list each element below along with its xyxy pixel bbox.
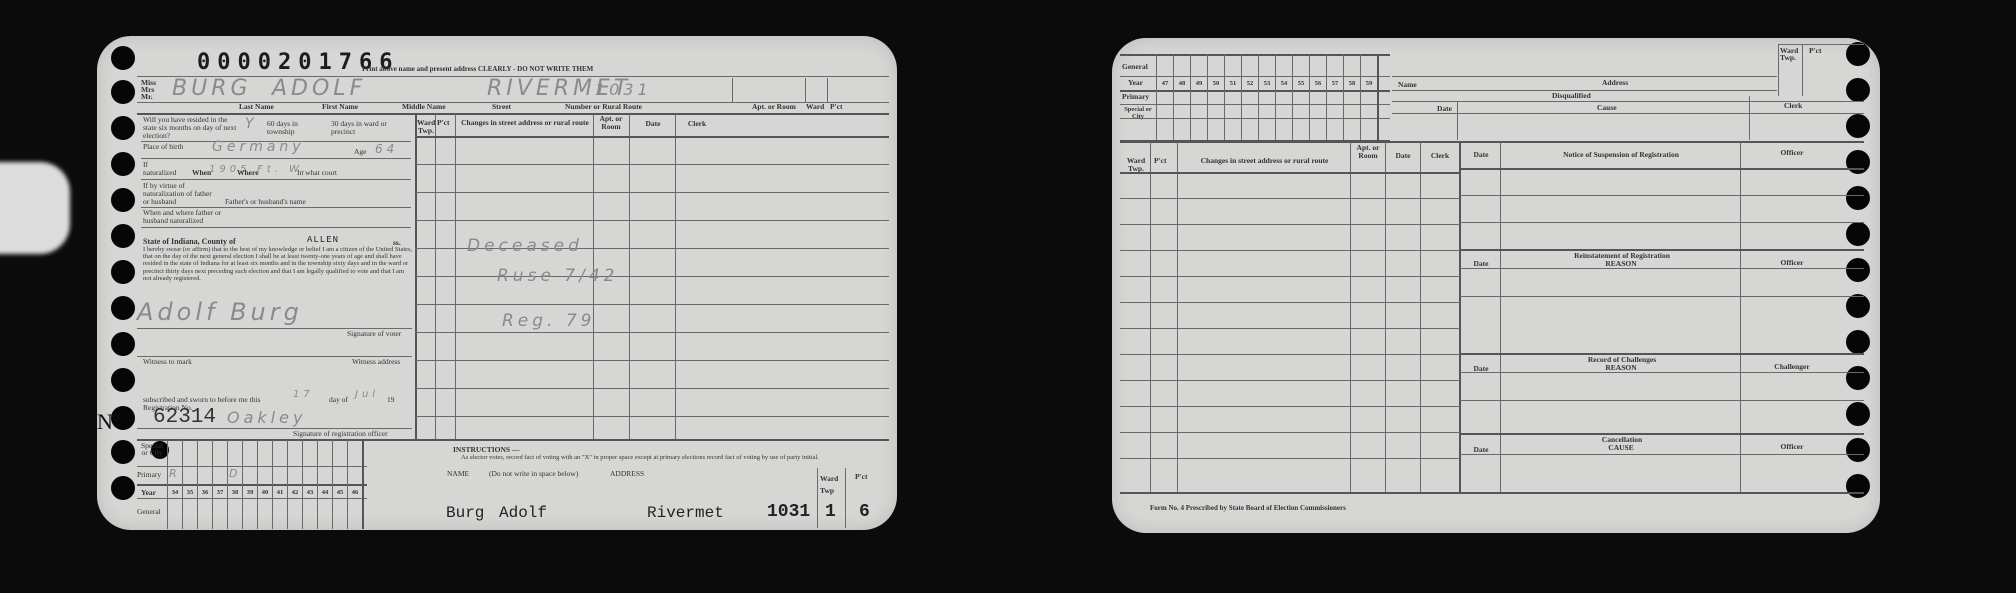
rule [1120, 198, 1460, 199]
col-pct: P'ct [437, 119, 450, 127]
year-cell: 35 [183, 489, 197, 496]
film-artifact [0, 162, 70, 254]
punch-hole [111, 440, 135, 464]
punch-hole [111, 476, 135, 500]
rule [415, 388, 889, 389]
rule [1120, 90, 1390, 92]
rule [1749, 96, 1750, 140]
age-value: 64 [375, 142, 398, 156]
salutation-labels: MissMrsMr. [141, 79, 156, 100]
rule [1343, 54, 1344, 140]
year-cell: 50 [1208, 80, 1224, 87]
registration-officer-label: Signature of registration officer [293, 430, 388, 438]
where-label: Where [237, 169, 259, 177]
row-special: Special or City [1124, 106, 1152, 120]
rule [1120, 458, 1460, 459]
rule [1120, 141, 1864, 143]
year-cell: 57 [1327, 80, 1343, 87]
note-reg: Reg. 79 [502, 311, 596, 331]
year-cell: 38 [228, 489, 242, 496]
row-general: General [1122, 63, 1148, 71]
registration-card-front: 0000201766 Print above name and present … [97, 36, 897, 530]
label-first-name: First Name [322, 103, 358, 111]
rule [845, 468, 846, 528]
year-cell: 48 [1174, 80, 1190, 87]
father-name-label: Father's or husband's name [225, 198, 306, 206]
back-col-clerk: Clerk [1422, 152, 1458, 160]
rule [415, 276, 889, 277]
rule [1457, 102, 1458, 140]
rule [817, 468, 818, 528]
number-handwritten: 1031 [595, 80, 652, 99]
form-footer: Form No. 4 Prescribed by State Board of … [1150, 504, 1346, 512]
rule [1802, 44, 1803, 96]
punch-hole [1846, 114, 1870, 138]
oath-text: I hereby swear (or affirm) that to the b… [143, 246, 413, 282]
rule [141, 158, 411, 159]
rule [1778, 44, 1779, 96]
rule [1385, 142, 1386, 492]
punch-hole [1846, 366, 1870, 390]
label-ward: Ward [806, 103, 824, 111]
last-name-handwritten: BURG [172, 76, 252, 101]
back-clerk-label: Clerk [1784, 102, 1802, 110]
rule [287, 439, 288, 529]
label-number: Number or Rural Route [565, 103, 642, 111]
rule [302, 439, 303, 529]
punch-hole [1846, 42, 1870, 66]
rule [1460, 195, 1864, 196]
rule [1460, 454, 1864, 455]
year-cell: 41 [273, 489, 287, 496]
voting-grid-front: 34 35 36 37 38 39 40 41 42 43 44 45 46 R… [167, 439, 367, 529]
year-cell: 47 [1157, 80, 1173, 87]
rule [1120, 380, 1460, 381]
year-cell: 46 [348, 489, 362, 496]
reinstatement-reason: REASON [1504, 260, 1738, 268]
oath-county: ALLEN [307, 235, 339, 245]
note-date: Ruse 7/42 [497, 266, 618, 286]
rule [1120, 54, 1390, 56]
stamped-first: Adolf [499, 504, 547, 522]
year-cell: 34 [168, 489, 182, 496]
subscribed-month: Jul [355, 389, 379, 400]
subscribed-day-label: day of [329, 396, 348, 404]
rule [1460, 168, 1864, 170]
birth-label: Place of birth [143, 143, 193, 151]
suspension-notice: Notice of Suspension of Registration [1504, 151, 1738, 159]
instr-address-label: ADDRESS [610, 470, 644, 478]
rule [141, 179, 411, 180]
rule [347, 439, 348, 529]
rule [1377, 54, 1379, 140]
year-cell: 58 [1344, 80, 1360, 87]
father-label: If by virtue of naturalization of father… [143, 182, 218, 206]
label-apt: Apt. or Room [752, 103, 796, 111]
reinstatement-date: Date [1464, 260, 1498, 268]
back-date-label: Date [1437, 105, 1452, 113]
registration-number: 62314 [153, 406, 216, 429]
punch-hole [111, 224, 135, 248]
year-cell: 53 [1259, 80, 1275, 87]
note-deceased: Deceased [467, 236, 583, 256]
rule [1120, 276, 1460, 277]
stamped-pct: 6 [859, 502, 870, 522]
rule [317, 439, 318, 529]
birth-value: Germany [212, 139, 305, 155]
col-ward: Ward Twp. [417, 119, 435, 135]
row-year: Year [1128, 79, 1143, 87]
col-date: Date [631, 120, 675, 128]
first-name-handwritten: ADOLF [272, 76, 366, 101]
back-col-pct: P'ct [1154, 157, 1167, 165]
rule [1392, 113, 1864, 114]
instr-name-label: NAME [447, 470, 469, 478]
rule [1350, 142, 1351, 492]
rule [1120, 172, 1460, 174]
rule [415, 220, 889, 221]
year-cell: 43 [303, 489, 317, 496]
rule [1207, 54, 1208, 140]
suspension-officer: Officer [1742, 149, 1842, 157]
back-address-label: Address [1602, 79, 1628, 87]
cancellation-officer: Officer [1742, 443, 1842, 451]
label-last-name: Last Name [239, 103, 274, 111]
rule [1460, 372, 1864, 373]
instructions-title: INSTRUCTIONS — [453, 446, 519, 454]
header-instruction: Print above name and present address CLE… [362, 65, 593, 73]
rule [1177, 142, 1178, 492]
signature-voter-label: Signature of voter [347, 330, 401, 338]
punch-hole [1846, 474, 1870, 498]
cancellation-cause: CAUSE [1504, 444, 1738, 452]
witness-address-label: Witness address [352, 358, 400, 366]
year-cell: 55 [1293, 80, 1309, 87]
year-cell: 40 [258, 489, 272, 496]
rule [1460, 222, 1864, 223]
rule [212, 439, 213, 529]
punch-hole [1846, 438, 1870, 462]
father-naturalized-label: When and where father or husband natural… [143, 209, 223, 225]
year-cell: 49 [1191, 80, 1207, 87]
col-changes: Changes in street address or rural route [459, 119, 591, 127]
rule [137, 113, 889, 115]
year-cell: 52 [1242, 80, 1258, 87]
rule [415, 416, 889, 417]
rule [1224, 54, 1225, 140]
label-pct: P'ct [830, 103, 843, 111]
rule [1150, 142, 1151, 492]
back-cause-label: Cause [1597, 104, 1617, 112]
rule [1392, 76, 1777, 77]
stamped-last: Burg [446, 504, 484, 522]
back-col-changes: Changes in street address or rural route [1182, 157, 1347, 165]
rule [1326, 54, 1327, 140]
punch-hole [1846, 330, 1870, 354]
punch-hole [1846, 402, 1870, 426]
row-primary: Primary [137, 471, 161, 479]
rule [1460, 353, 1864, 355]
col-apt: Apt. or Room [595, 115, 627, 131]
rule [1120, 406, 1460, 407]
back-col-apt: Apt. or Room [1352, 144, 1384, 160]
rule [1120, 354, 1460, 355]
row-special: Special or City [139, 442, 165, 456]
back-name-label: Name [1398, 81, 1417, 89]
rule [1120, 302, 1460, 303]
instr-pct: P'ct [855, 473, 868, 481]
rule [415, 136, 889, 138]
cancellation-date: Date [1464, 446, 1498, 454]
punch-hole [1846, 186, 1870, 210]
voting-grid-back: General Year Primary Special or City 47 … [1120, 54, 1390, 140]
rule [272, 439, 273, 529]
rule [227, 439, 228, 529]
year-cell: 51 [1225, 80, 1241, 87]
punch-hole [111, 152, 135, 176]
year-cell: 42 [288, 489, 302, 496]
col-clerk: Clerk [677, 120, 717, 128]
rule [1360, 54, 1361, 140]
punch-hole [1846, 258, 1870, 282]
rule [1120, 432, 1460, 433]
challenges-challenger: Challenger [1742, 363, 1842, 371]
naturalized-label: If naturalized [143, 161, 183, 177]
rule [1120, 250, 1460, 251]
punch-hole [111, 368, 135, 392]
rule [257, 439, 258, 529]
rule [1460, 400, 1864, 401]
year-cell: 36 [198, 489, 212, 496]
back-col-ward: Ward Twp. [1122, 157, 1150, 173]
residency-answer: Y [245, 116, 258, 132]
rule [1120, 104, 1390, 105]
back-disqualified-label: Disqualified [1552, 92, 1591, 100]
rule [827, 78, 828, 102]
subscribed-year-prefix: 19 [387, 396, 395, 404]
back-col-date: Date [1387, 152, 1419, 160]
rule [732, 78, 733, 102]
residency-question: Will you have resided in the state six m… [143, 116, 238, 140]
instr-ward: Ward Twp [820, 473, 842, 497]
rule [1190, 54, 1191, 140]
punch-hole [111, 116, 135, 140]
year-cell: 56 [1310, 80, 1326, 87]
rule [182, 439, 183, 529]
row-primary: Primary [1122, 93, 1149, 101]
rule [1120, 492, 1864, 494]
rule [1156, 54, 1157, 140]
rule [1460, 433, 1864, 435]
rule [1420, 142, 1421, 492]
oath-state-label: State of Indiana, County of [143, 238, 236, 246]
subscribed-day: 17 [293, 389, 314, 400]
rule [415, 304, 889, 305]
rule [1120, 224, 1460, 225]
stamped-street: Rivermet [647, 504, 724, 522]
rule [1309, 54, 1310, 140]
rule [1778, 44, 1864, 45]
year-cell: 59 [1361, 80, 1377, 87]
punch-hole [111, 46, 135, 70]
punch-hole [111, 332, 135, 356]
label-middle-name: Middle Name [402, 103, 446, 111]
punch-hole [111, 188, 135, 212]
court-label: In what court [297, 169, 337, 177]
suspension-date: Date [1464, 151, 1498, 159]
row-year: Year [141, 489, 156, 497]
rule [197, 439, 198, 529]
punch-hole [1846, 294, 1870, 318]
voter-signature: Adolf Burg [137, 298, 303, 326]
back-pct-label: P'ct [1809, 47, 1822, 55]
rule [1120, 76, 1390, 77]
officer-signature: Oakley [227, 408, 306, 427]
punch-hole [111, 296, 135, 320]
rule [242, 439, 243, 529]
rule [805, 78, 806, 102]
rule [1173, 54, 1174, 140]
year-cell: 44 [318, 489, 332, 496]
reinstatement-officer: Officer [1742, 259, 1842, 267]
registration-card-back: General Year Primary Special or City 47 … [1112, 38, 1880, 533]
primary-mark: R [169, 467, 181, 480]
year-cell: 39 [243, 489, 257, 496]
label-street: Street [492, 103, 511, 111]
ward-days-label: 30 days in ward or precinct [331, 120, 391, 136]
punch-hole [1846, 222, 1870, 246]
rule [362, 439, 364, 529]
rule [141, 227, 411, 228]
instr-no-write: (Do not write in space below) [489, 470, 578, 478]
rule [167, 439, 168, 529]
rule [1460, 296, 1864, 297]
rule [1258, 54, 1259, 140]
rule [1120, 118, 1390, 119]
witness-label: Witness to mark [143, 358, 192, 366]
rule [415, 332, 889, 333]
instructions-text: As elector votes, record fact of voting … [461, 454, 881, 462]
stamped-ward: 1 [825, 502, 836, 522]
rule [1275, 54, 1276, 140]
rule [1241, 54, 1242, 140]
primary-mark: D [229, 467, 241, 480]
age-label: Age [354, 148, 367, 156]
row-general: General [137, 508, 161, 516]
township-label: 60 days in township [267, 120, 317, 136]
year-cell: 37 [213, 489, 227, 496]
rule [332, 439, 333, 529]
rule [415, 360, 889, 361]
punch-hole [1846, 78, 1870, 102]
rule [415, 192, 889, 193]
stamped-number: 1031 [767, 502, 810, 522]
back-ward-label: Ward Twp. [1780, 47, 1802, 61]
year-cell: 45 [333, 489, 347, 496]
rule [415, 164, 889, 165]
challenges-reason: REASON [1504, 364, 1738, 372]
registration-prefix: Nº [97, 409, 120, 435]
rule [1120, 328, 1460, 329]
punch-hole [111, 260, 135, 284]
rule [1292, 54, 1293, 140]
punch-hole [1846, 150, 1870, 174]
rule [1460, 268, 1864, 269]
punch-hole [111, 80, 135, 104]
year-cell: 54 [1276, 80, 1292, 87]
